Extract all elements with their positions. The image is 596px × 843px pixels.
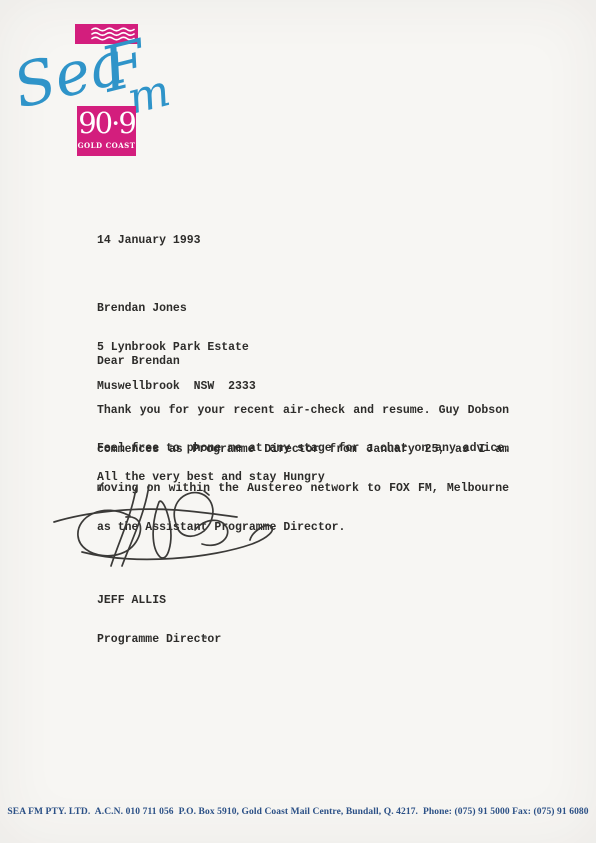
paragraph-2: Feel free to phone me at any stage for a…: [97, 442, 509, 455]
frequency-number: 90·9: [77, 107, 136, 140]
region-label: GOLD COAST: [77, 141, 136, 150]
signer-title: Programme Director: [97, 633, 509, 646]
scanned-letter-page: Sea F m 90·9 GOLD COAST 14 January 1993 …: [0, 0, 596, 843]
letter-date: 14 January 1993: [97, 234, 509, 247]
scan-artifact-dot: [204, 636, 207, 639]
paragraph-line: Thank you for your recent air-check and …: [97, 404, 509, 417]
recipient-line: Brendan Jones: [97, 302, 509, 315]
frequency-badge: 90·9 GOLD COAST: [77, 106, 136, 156]
company-footer: SEA FM PTY. LTD. A.C.N. 010 711 056 P.O.…: [0, 807, 596, 817]
signer-block: JEFF ALLIS Programme Director: [97, 568, 509, 672]
signature-scribble: [52, 482, 302, 574]
signer-name: JEFF ALLIS: [97, 594, 509, 607]
salutation: Dear Brendan: [97, 355, 509, 368]
recipient-line: 5 Lynbrook Park Estate: [97, 341, 509, 354]
